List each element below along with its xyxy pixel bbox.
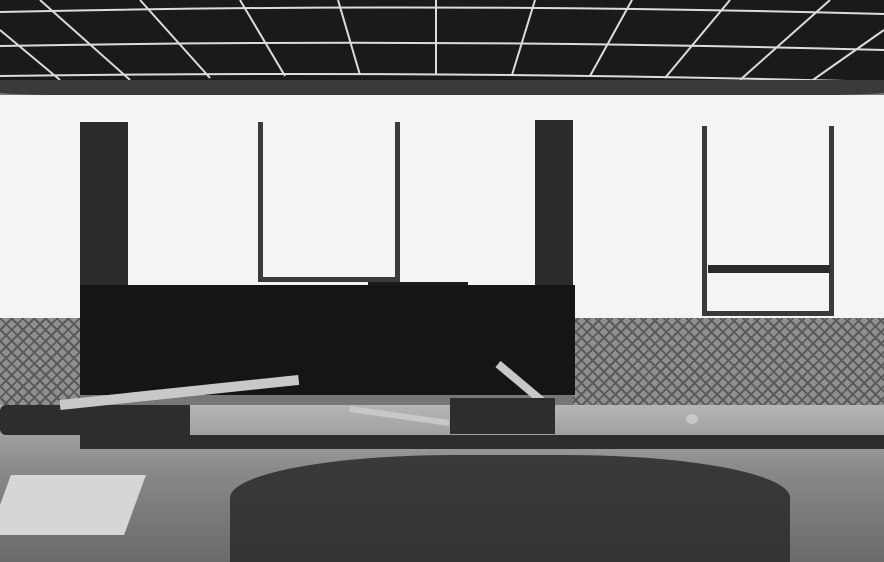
ceiling-grid-lines — [0, 0, 884, 92]
center-window-frame — [258, 122, 400, 282]
floor-mat — [0, 475, 146, 535]
rubble — [686, 414, 698, 424]
overgrown-shadow — [80, 285, 575, 395]
rolled-debris — [0, 405, 190, 435]
wainscot-left — [0, 318, 80, 410]
floor-shadow — [230, 455, 790, 562]
debris-pile — [450, 398, 555, 434]
photograph — [0, 0, 884, 562]
ceiling-grid — [0, 0, 884, 92]
wainscot-right — [573, 318, 884, 410]
right-window-transom — [708, 265, 830, 273]
right-window-frame — [702, 126, 834, 316]
floor-rail — [80, 435, 884, 449]
